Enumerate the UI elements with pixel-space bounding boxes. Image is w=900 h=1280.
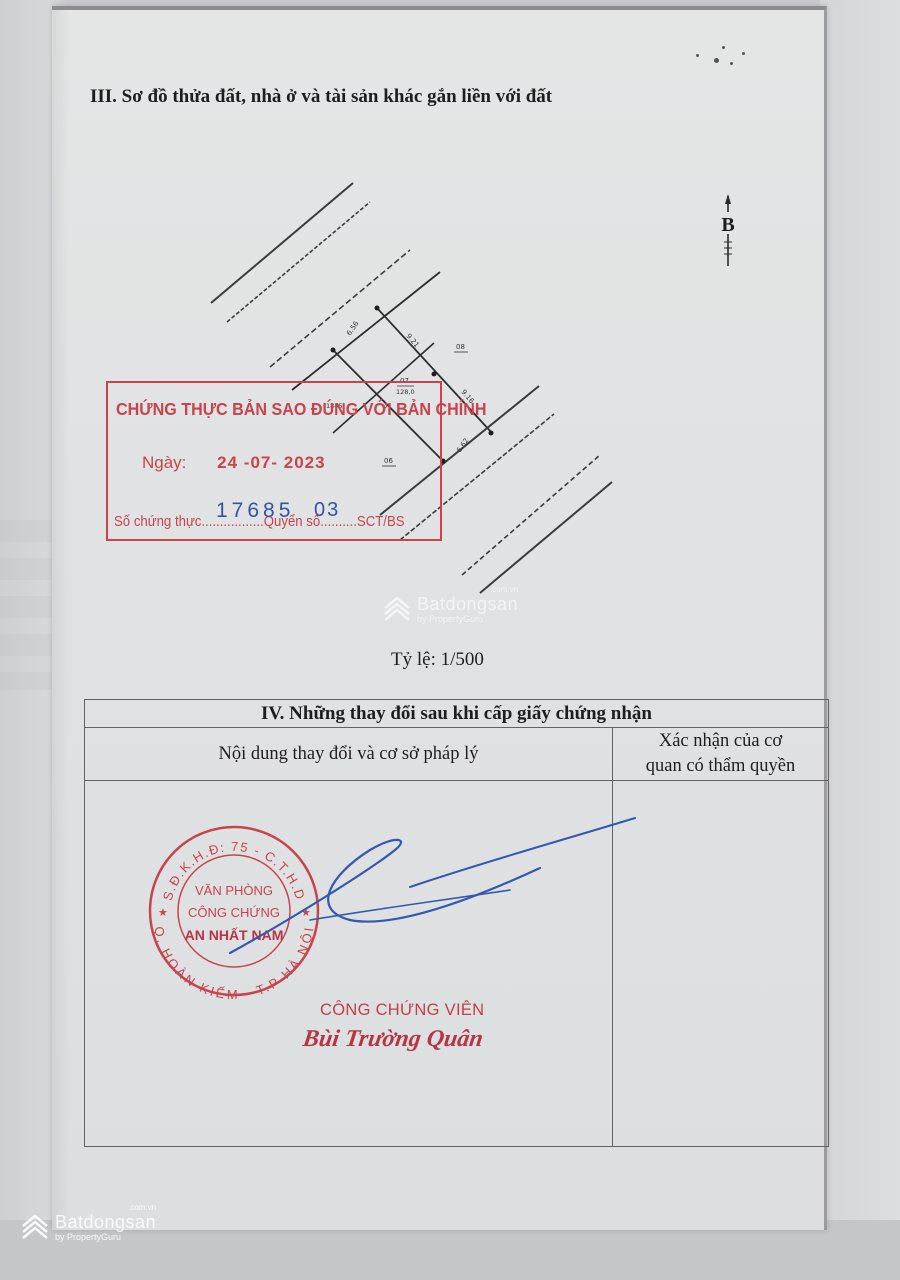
watermark-domain: .com.vn: [128, 1204, 156, 1212]
confirmation-header-line1: Xác nhận của cơ: [613, 729, 828, 754]
vertex-marker: [331, 348, 336, 353]
watermark-brand: Batdongsan: [55, 1213, 156, 1231]
notary-name: Bùi Trường Quân: [301, 1026, 485, 1053]
road-line: [480, 482, 612, 593]
stamp-date-row: Ngày: 24 -07- 2023: [142, 453, 326, 473]
north-arrow-label: B: [721, 214, 734, 236]
north-arrow-icon: B: [716, 192, 740, 266]
batdongsan-logo-icon: [382, 594, 412, 624]
book-number: 03: [314, 499, 340, 522]
notary-title: CÔNG CHỨNG VIÊN: [320, 1001, 484, 1020]
column-header-content: Nội dung thay đổi và cơ sở pháp lý: [85, 728, 613, 781]
confirmation-header-line2: quan có thẩm quyền: [613, 754, 828, 779]
vertex-marker: [489, 431, 494, 436]
road-line: [227, 202, 370, 322]
seal-star-icon: ★: [158, 907, 168, 919]
stamp-heading: CHỨNG THỰC BẢN SAO ĐÚNG VỚI BẢN CHÍNH: [116, 399, 487, 420]
watermark-byline: by PropertyGuru: [55, 1233, 156, 1242]
watermark-domain: .com.vn: [490, 586, 518, 594]
watermark-byline: by PropertyGuru: [417, 615, 518, 624]
section-3-title: III. Sơ đồ thửa đất, nhà ở và tài sản kh…: [90, 86, 552, 108]
watermark-corner: .com.vn Batdongsan by PropertyGuru: [20, 1212, 156, 1242]
section-4-title: IV. Những thay đổi sau khi cấp giấy chứn…: [85, 700, 829, 728]
watermark-brand: Batdongsan: [417, 595, 518, 613]
adjacent-page-ghost-text: [0, 520, 60, 690]
batdongsan-logo-icon: [20, 1212, 50, 1242]
notary-signature: [210, 810, 650, 970]
edge-length-label: 6.56: [345, 319, 361, 337]
watermark-center: .com.vn Batdongsan by PropertyGuru: [382, 594, 518, 624]
stamp-date-label: Ngày:: [142, 453, 186, 472]
parcel-number: 08: [456, 343, 465, 351]
stamp-date-value: 24 -07- 2023: [217, 453, 325, 472]
certification-stamp: CHỨNG THỰC BẢN SAO ĐÚNG VỚI BẢN CHÍNH Ng…: [106, 381, 442, 541]
road-line: [211, 183, 353, 303]
vertex-marker: [432, 372, 437, 377]
certification-number: 17685: [216, 499, 294, 523]
vertex-marker: [375, 306, 380, 311]
map-scale: Tỷ lệ: 1/500: [391, 649, 484, 671]
background-right: [820, 0, 900, 1280]
page-fold-shadow: [52, 10, 70, 1230]
ink-specks: [694, 40, 754, 80]
edge-length-label: 6.62: [455, 437, 470, 454]
column-header-confirmation: Xác nhận của cơ quan có thẩm quyền: [613, 728, 829, 781]
